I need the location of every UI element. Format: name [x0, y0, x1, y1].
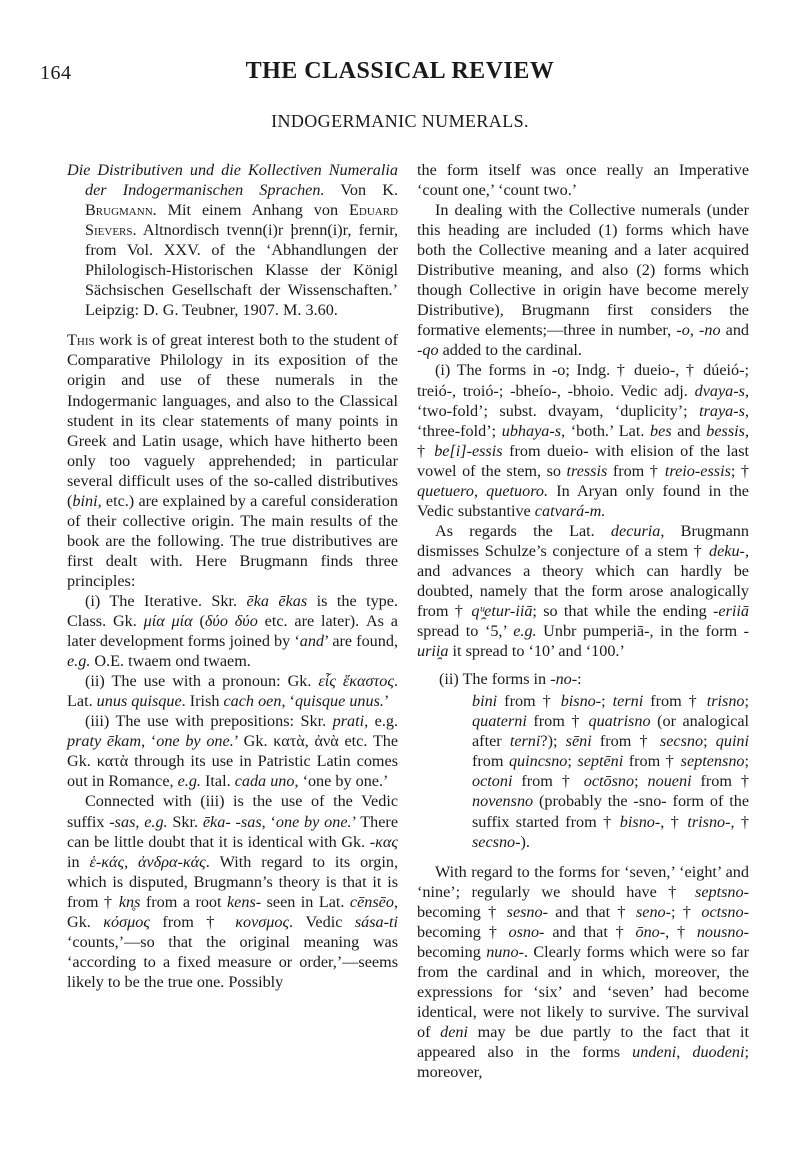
text-run: . Vedic [289, 913, 355, 931]
text-run: , e.g. [364, 712, 398, 730]
italic-text: and [300, 632, 324, 650]
text-run: becoming † [417, 903, 507, 921]
italic-text: -κας [370, 833, 398, 851]
italic-text: traya-s [699, 402, 745, 420]
paragraph: Die Distributiven und die Kollectiven Nu… [67, 160, 398, 320]
paragraph: As regards the Lat. decuria, Brugmann di… [417, 521, 749, 661]
text-run: ; [745, 752, 750, 770]
italic-text: terni [613, 692, 644, 710]
italic-text: quetuero, quetuoro. [417, 482, 548, 500]
italic-text: octsno- [701, 903, 749, 921]
italic-text: septensno [681, 752, 745, 770]
italic-text: unus quisque [97, 692, 182, 710]
small-caps-text: This [67, 331, 95, 349]
italic-text: decuria [611, 522, 660, 540]
text-run: , [135, 813, 144, 831]
text-run: Von [325, 181, 383, 199]
italic-text: deku- [709, 542, 745, 560]
italic-text: bini [472, 692, 497, 710]
italic-text: -eriiā [713, 602, 749, 620]
italic-text: nuno- [486, 943, 524, 961]
italic-text: secsno [660, 732, 703, 750]
text-run: As regards the Lat. [435, 522, 611, 540]
text-run: and that † [544, 923, 635, 941]
italic-text: -qo [417, 341, 439, 359]
italic-text: sesno- [507, 903, 548, 921]
italic-text: be[i]-essis [434, 442, 502, 460]
italic-text: trisno [707, 692, 745, 710]
text-run: from † [150, 913, 235, 931]
text-run: and [672, 422, 707, 440]
text-run: added to the cardinal. [439, 341, 582, 359]
italic-text: ubhaya-s [502, 422, 561, 440]
italic-text: μία μία [144, 612, 193, 630]
text-run: spread to ‘5,’ [417, 622, 513, 640]
text-run: from † [592, 732, 660, 750]
text-run: and [721, 321, 749, 339]
text-run: , ‘both.’ Lat. [561, 422, 650, 440]
italic-text: ēka- -sas [203, 813, 262, 831]
text-run: ( [193, 612, 205, 630]
italic-text: e.g. [144, 813, 167, 831]
text-run: ?); [540, 732, 565, 750]
italic-text: κονσμος [235, 913, 289, 931]
text-run: , † [665, 923, 697, 941]
paragraph: With regard to the forms for ‘seven,’ ‘e… [417, 862, 749, 1083]
text-run: , † [660, 813, 687, 831]
text-run: seen in Lat. [261, 893, 350, 911]
italic-text: qᵘ̯etur-iiā [471, 602, 532, 620]
text-run: (ii) The use with a pronoun: Gk. [85, 672, 318, 690]
italic-text: sēni [566, 732, 592, 750]
text-run: , ‘ [262, 813, 276, 831]
italic-text: terni [510, 732, 541, 750]
paragraph: In dealing with the Collective numerals … [417, 200, 749, 360]
text-run: Mit einem Anhang von [157, 201, 349, 219]
italic-text: quaterni [472, 712, 527, 730]
italic-text: duodeni [692, 1043, 744, 1061]
text-run: O.E. twaem ond twaem. [90, 652, 250, 670]
italic-text: -o [676, 321, 689, 339]
italic-text: octoni [472, 772, 512, 790]
italic-text: dvaya-s [695, 382, 745, 400]
text-run: from a root [140, 893, 227, 911]
italic-text: e.g. [67, 652, 90, 670]
text-run: , ‘one by one.’ [294, 772, 388, 790]
paragraph: This work is of great interest both to t… [67, 330, 398, 591]
text-run: from † [607, 462, 665, 480]
text-run: ‘counts,’—so that the original meaning w… [67, 933, 398, 991]
italic-text: bessis [706, 422, 745, 440]
italic-text: -sas [109, 813, 135, 831]
text-run: (iii) The use with prepositions: Skr. [85, 712, 333, 730]
paragraph: (i) The Iterative. Skr. ēka ēkas is the … [67, 591, 398, 671]
italic-text: septēni [577, 752, 623, 770]
italic-text: δύο δύο [205, 612, 258, 630]
italic-text: quincsno [509, 752, 567, 770]
italic-text: -no [699, 321, 721, 339]
paragraph: the form itself was once really an Imper… [417, 160, 749, 200]
paragraph: (ii) The use with a pronoun: Gk. εἷς ἕκα… [67, 671, 398, 711]
italic-text: cēnsēo [350, 893, 394, 911]
text-run: from [472, 752, 509, 770]
text-run: , ‘ [281, 692, 294, 710]
text-run: from † [623, 752, 680, 770]
text-run: , ‘ [141, 732, 156, 750]
text-run: ; so that while the ending [532, 602, 713, 620]
italic-text: one by one. [156, 732, 234, 750]
italic-text: bisno- [620, 813, 660, 831]
left-column: Die Distributiven und die Kollectiven Nu… [67, 160, 398, 992]
paragraph: (iii) The use with prepositions: Skr. pr… [67, 711, 398, 791]
text-run: ; [703, 732, 716, 750]
italic-text: cada uno [235, 772, 295, 790]
running-head: THE CLASSICAL REVIEW [0, 58, 800, 85]
italic-text: treio-essis [665, 462, 731, 480]
text-run: becoming † [417, 923, 508, 941]
paragraph: (i) The forms in -o; Indg. † dueio-, † d… [417, 360, 749, 520]
italic-text: -no- [550, 670, 577, 688]
article-title: INDOGERMANIC NUMERALS. [0, 111, 800, 132]
paragraph: Connected with (iii) is the use of the V… [67, 791, 398, 991]
text-run: : [577, 670, 582, 688]
italic-text: tressis [567, 462, 608, 480]
italic-text: octōsno [584, 772, 634, 790]
text-run: from † [512, 772, 583, 790]
text-run: in [67, 853, 89, 871]
paragraph: (ii) The forms in -no-: [417, 669, 749, 689]
italic-text: bisno- [561, 692, 601, 710]
italic-text: praty ēkam [67, 732, 141, 750]
text-run: ’ [384, 692, 389, 710]
text-run: (ii) The forms in [439, 670, 550, 688]
paragraph: bini from † bisno-; terni from † trisno;… [417, 691, 749, 851]
text-run: ; [745, 692, 750, 710]
italic-text: septsno- [695, 883, 749, 901]
italic-text: nousno- [697, 923, 749, 941]
italic-text: bini [72, 492, 97, 510]
italic-text: kens- [227, 893, 261, 911]
text-run: from † [527, 712, 589, 730]
italic-text: quisque unus. [295, 692, 384, 710]
italic-text: osno- [508, 923, 544, 941]
italic-text: bes [650, 422, 672, 440]
italic-text: sása-ti [355, 913, 398, 931]
italic-text: catvará-m. [535, 502, 606, 520]
text-run: work is of great interest both to the st… [67, 331, 398, 509]
italic-text: noueni [648, 772, 692, 790]
text-run: ; † [671, 903, 701, 921]
italic-text: εἷς ἕκαστος [318, 672, 394, 690]
text-run: , etc.) are explained by a careful consi… [67, 492, 398, 590]
text-run: from † [497, 692, 561, 710]
italic-text: seno- [636, 903, 671, 921]
italic-text: quini [716, 732, 749, 750]
italic-text: κόσμος [103, 913, 150, 931]
italic-text: kn̥s [119, 893, 141, 911]
text-run: becoming [417, 943, 486, 961]
italic-text: quatrisno [588, 712, 650, 730]
text-run: . Irish [182, 692, 224, 710]
italic-text: prati [333, 712, 364, 730]
text-run: In dealing with the Collective numerals … [417, 201, 749, 339]
italic-text: e.g. [513, 622, 536, 640]
text-run: and that † [548, 903, 636, 921]
right-column: the form itself was once really an Imper… [417, 160, 749, 1082]
text-run: ; [567, 752, 577, 770]
text-run: ). [521, 833, 530, 851]
italic-text: one by one. [276, 813, 352, 831]
italic-text: trisno- [687, 813, 730, 831]
text-run: (i) The Iterative. Skr. [85, 592, 247, 610]
text-run: Ital. [201, 772, 235, 790]
italic-text: deni [440, 1023, 468, 1041]
text-run: , † [731, 813, 749, 831]
text-run: , [690, 321, 699, 339]
italic-text: novensno [472, 792, 533, 810]
text-run: it spread to ‘10’ and ‘100.’ [448, 642, 624, 660]
text-run: from † [692, 772, 749, 790]
italic-text: ōno- [635, 923, 665, 941]
italic-text: cach oen [223, 692, 281, 710]
text-run: the form itself was once really an Imper… [417, 161, 749, 199]
italic-text: ἑ-κάς, ἀνδρα-κάς [89, 853, 205, 871]
text-run: , [676, 1043, 692, 1061]
italic-text: secsno- [472, 833, 521, 851]
italic-text: ēka ēkas [247, 592, 308, 610]
text-run: Unbr pumperiā-, in the form [537, 622, 744, 640]
text-run: ; [601, 692, 613, 710]
italic-text: e.g. [178, 772, 201, 790]
italic-text: undeni [632, 1043, 676, 1061]
text-run: ; † [731, 462, 749, 480]
text-run: from † [643, 692, 707, 710]
text-run: ’ are found, [324, 632, 398, 650]
text-run: ; [634, 772, 647, 790]
text-run: Skr. [168, 813, 203, 831]
